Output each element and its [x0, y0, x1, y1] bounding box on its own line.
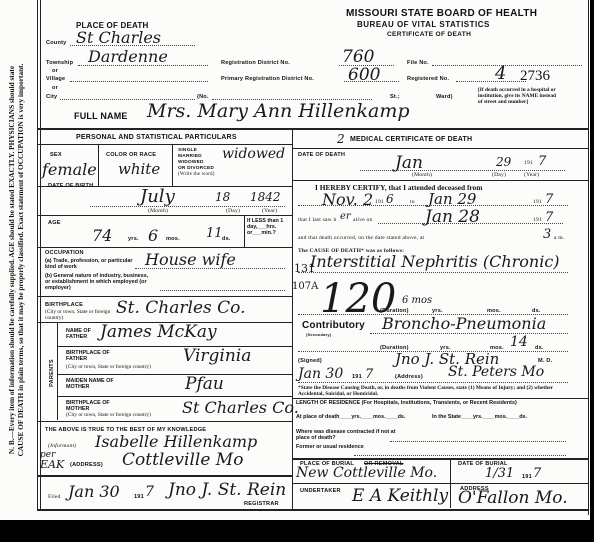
left-border — [37, 0, 38, 510]
former-residence-label: Former or usual residence — [296, 444, 366, 450]
marital-value: widowed — [222, 146, 285, 162]
rule — [292, 458, 588, 460]
alive-on-text: alive on — [353, 217, 372, 223]
cause-footnote: *State the Disease Causing Death, or, in… — [298, 385, 566, 397]
dod-year-suffix: 7 — [538, 154, 546, 169]
rule — [292, 398, 588, 399]
sex-value: female — [42, 160, 97, 179]
board-title: MISSOURI STATE BOARD OF HEALTH — [346, 8, 537, 19]
rule — [37, 215, 292, 216]
registered-no-handwritten: 4 — [495, 63, 506, 84]
dob-line — [90, 206, 285, 207]
dod-year-prefix: 191 — [524, 160, 533, 166]
rule — [292, 148, 588, 149]
physician-address: St. Peters Mo — [448, 364, 544, 380]
dod-label: DATE OF DEATH — [298, 152, 345, 158]
side-note-line-1: N. B.—Every item of information should b… — [7, 64, 16, 457]
to-year-suffix: 7 — [545, 192, 553, 207]
informant-label: (Informant) — [48, 443, 76, 449]
column-divider — [292, 130, 293, 510]
rule — [292, 180, 588, 181]
rule — [57, 322, 58, 420]
medical-heading: MEDICAL CERTIFICATE OF DEATH — [350, 136, 472, 143]
filed-year-suffix: 7 — [145, 484, 154, 500]
birthplace-value: St. Charles Co. — [116, 298, 245, 318]
color-label: COLOR OR RACE — [106, 152, 156, 158]
signed-date: Jan 30 — [298, 366, 343, 382]
burial-date-value: 1/31 — [485, 466, 514, 481]
village-label: Village — [46, 76, 65, 82]
mother-maiden-value: Pfau — [185, 374, 224, 394]
rule — [98, 144, 99, 186]
dod-month: Jan — [395, 153, 423, 173]
former-residence-line — [354, 455, 566, 456]
rule — [57, 396, 292, 397]
personal-heading: PERSONAL AND STATISTICAL PARTICULARS — [76, 134, 237, 141]
residence-at-place: At place of death____yrs.____mos.____ds. — [296, 414, 431, 420]
registrar-signature: Jno J. St. Rein — [168, 480, 286, 500]
residence-heading: LENGTH OF RESIDENCE (For Hospitals, Inst… — [296, 400, 566, 406]
death-time-text: and that death occurred, on the date sta… — [298, 235, 424, 241]
mother-birthplace-label: BIRTHPLACE OF MOTHER — [66, 400, 116, 412]
death-certificate: N. B.—Every item of information should b… — [0, 0, 590, 520]
contrib-duration-days: 14 — [510, 334, 528, 350]
or-text: or — [52, 68, 58, 74]
parents-label: PARENTS — [49, 359, 55, 387]
attended-from: Nov. 2 — [322, 190, 373, 209]
informant-address-value: Cottleville Mo — [122, 450, 243, 470]
registered-no-stamped: 2736 — [520, 68, 550, 85]
last-saw-year-prefix: 191 — [533, 217, 542, 223]
or-text: or — [52, 85, 58, 91]
occupation-value: House wife — [145, 250, 236, 269]
rule — [37, 296, 292, 297]
month-caption: (Month) — [412, 172, 432, 178]
cause-primary: Interstitial Nephritis (Chronic) — [310, 252, 560, 271]
burial-year-suffix: 7 — [533, 466, 541, 481]
age-years: 74 — [92, 226, 112, 245]
mother-maiden-label: MAIDEN NAME OF MOTHER — [66, 378, 116, 390]
filed-label: Filed — [48, 494, 61, 500]
full-name-label: FULL NAME — [74, 111, 128, 121]
primary-district-label: Primary Registration District No. — [221, 76, 314, 82]
rule — [172, 144, 173, 186]
physician-address-label: (Address) — [395, 374, 423, 380]
cause-line — [298, 272, 568, 273]
year-caption: (Year) — [524, 172, 539, 178]
year-caption: (Year) — [262, 208, 277, 214]
marital-option: (Write the word) — [178, 172, 215, 178]
cause-code-1: 131 — [294, 262, 315, 275]
file-no-label: File No. — [407, 60, 429, 66]
burial-place-value: New Cottleville Mo. — [296, 465, 437, 481]
burial-year-prefix: 191 — [522, 474, 532, 480]
father-birthplace-label: BIRTHPLACE OF FATHER — [66, 350, 116, 362]
employer-line — [160, 290, 285, 291]
undertaker-label: UNDERTAKER — [300, 488, 341, 494]
side-note-line-2: CAUSE OF DEATH in plain terms, so that i… — [16, 64, 25, 457]
rule — [292, 483, 588, 484]
registration-district-label: Registration District No. — [221, 60, 290, 66]
rule — [57, 346, 292, 347]
bureau-subtitle: BUREAU OF VITAL STATISTICS — [357, 20, 490, 29]
county-label: County — [46, 40, 66, 46]
occupation-a-label: (a) Trade, profession, or particular kin… — [45, 258, 135, 270]
registered-no-label: Registered No. — [407, 76, 449, 82]
ward-label: Ward) — [436, 94, 453, 100]
section-divider — [37, 128, 588, 130]
father-name-value: James McKay — [100, 322, 217, 342]
occupation-b-label: (b) General nature of industry, business… — [45, 273, 155, 292]
month-caption: (Month) — [148, 208, 168, 214]
last-saw-date: Jan 28 — [425, 207, 480, 227]
last-saw-year-suffix: 7 — [545, 210, 553, 225]
dod-line — [360, 170, 565, 171]
registered-no-line — [456, 81, 526, 82]
dod-day: 29 — [496, 155, 511, 169]
dob-label: DATE OF BIRTH — [48, 183, 93, 189]
mos-label: mos. — [166, 236, 180, 242]
to-label: to — [410, 199, 415, 205]
secondary-caption: (Secondary) — [306, 332, 331, 337]
mother-birthplace-value: St Charles Co. — [182, 398, 299, 417]
undertaker-address-value: O'Fallon Mo. — [458, 488, 568, 508]
county-value: St Charles — [76, 28, 161, 47]
age-label: AGE — [48, 220, 61, 226]
mother-birthplace-caption: (City or town, State or foreign country) — [66, 412, 151, 418]
where-contracted-label: Where was disease contracted if not at p… — [296, 429, 396, 441]
certificate-type: CERTIFICATE OF DEATH — [387, 31, 471, 38]
duration-value: 6 mos — [402, 295, 432, 306]
birthplace-label: BIRTHPLACE — [45, 302, 83, 308]
left-border-inner — [40, 0, 41, 510]
death-time-value: 3 — [543, 227, 551, 242]
bottom-rule — [37, 509, 588, 511]
less-than-note: If LESS than 1 day,___hrs. or___min.? — [247, 218, 291, 237]
right-border — [588, 0, 589, 515]
undertaker-value: E A Keithly — [352, 486, 448, 506]
rule — [244, 215, 245, 247]
to-year-prefix: 191 — [533, 199, 542, 205]
where-contracted-line — [390, 441, 566, 442]
last-saw-pronoun: er — [340, 211, 351, 222]
ds-label: ds. — [222, 236, 231, 242]
rule — [37, 421, 292, 422]
death-time-suffix: a m. — [554, 235, 564, 241]
last-saw-text: that I last saw h — [298, 217, 337, 223]
registrar-label: REGISTRAR — [244, 501, 279, 507]
residence-in-state: In the State____yrs.____mos.____ds. — [432, 414, 572, 420]
rule — [37, 247, 292, 248]
from-year-prefix: 191 — [375, 199, 384, 205]
contributory-line — [370, 333, 568, 334]
color-value: white — [118, 160, 160, 178]
signed-label: (Signed) — [298, 358, 322, 364]
birthplace-caption: (City or town, State or foreign country) — [45, 309, 115, 321]
dob-day: 18 — [215, 190, 230, 204]
hospital-note: [If death occurred in a hospital or inst… — [478, 87, 560, 106]
father-birthplace-value: Virginia — [183, 346, 251, 366]
full-name-value: Mrs. Mary Ann Hillenkamp — [147, 100, 410, 122]
attended-to: Jan 29 — [428, 190, 476, 208]
sex-label: SEX — [50, 152, 62, 158]
registration-district-value: 760 — [342, 47, 374, 67]
day-caption: (Day) — [492, 172, 506, 178]
age-months: 6 — [148, 226, 158, 245]
cause-code-2: 107A — [292, 281, 318, 292]
informant-address-label: (ADDRESS) — [70, 462, 103, 468]
marital-options: SINGLE MARRIED WIDOWED OR DIVORCED (Writ… — [178, 148, 215, 178]
occupation-label: OCCUPATION — [45, 250, 84, 256]
father-birthplace-caption: (City or town, State or foreign country) — [66, 364, 151, 370]
contributory-label: Contributory — [302, 320, 365, 331]
rule — [57, 374, 292, 375]
primary-district-value: 600 — [348, 65, 380, 85]
township-label: Township — [46, 60, 73, 66]
village-line — [70, 81, 208, 82]
informant-initials: EAK — [40, 458, 64, 471]
dob-month: July — [140, 186, 175, 207]
rule — [450, 460, 451, 508]
city-label: City — [46, 94, 57, 100]
medical-heading-number: 2 — [337, 132, 345, 146]
age-days: 11 — [206, 226, 223, 241]
rule — [37, 475, 292, 477]
filed-date: Jan 30 — [68, 482, 120, 501]
day-caption: (Day) — [226, 208, 240, 214]
rule — [37, 144, 292, 145]
informant-value: Isabelle Hillenkamp — [95, 432, 257, 451]
signed-year-prefix: 191 — [352, 374, 362, 380]
signed-year-suffix: 7 — [365, 367, 373, 382]
signed-line — [298, 382, 568, 383]
from-year-suffix: 6 — [386, 192, 394, 206]
file-no-line — [432, 65, 582, 66]
dob-year: 1842 — [250, 190, 281, 204]
yrs-label: yrs. — [128, 236, 139, 242]
filed-year-prefix: 191 — [134, 494, 144, 500]
contributory-value: Broncho-Pneumonia — [382, 314, 546, 333]
side-note: N. B.—Every item of information should b… — [2, 10, 30, 500]
township-value: Dardenne — [88, 47, 168, 66]
